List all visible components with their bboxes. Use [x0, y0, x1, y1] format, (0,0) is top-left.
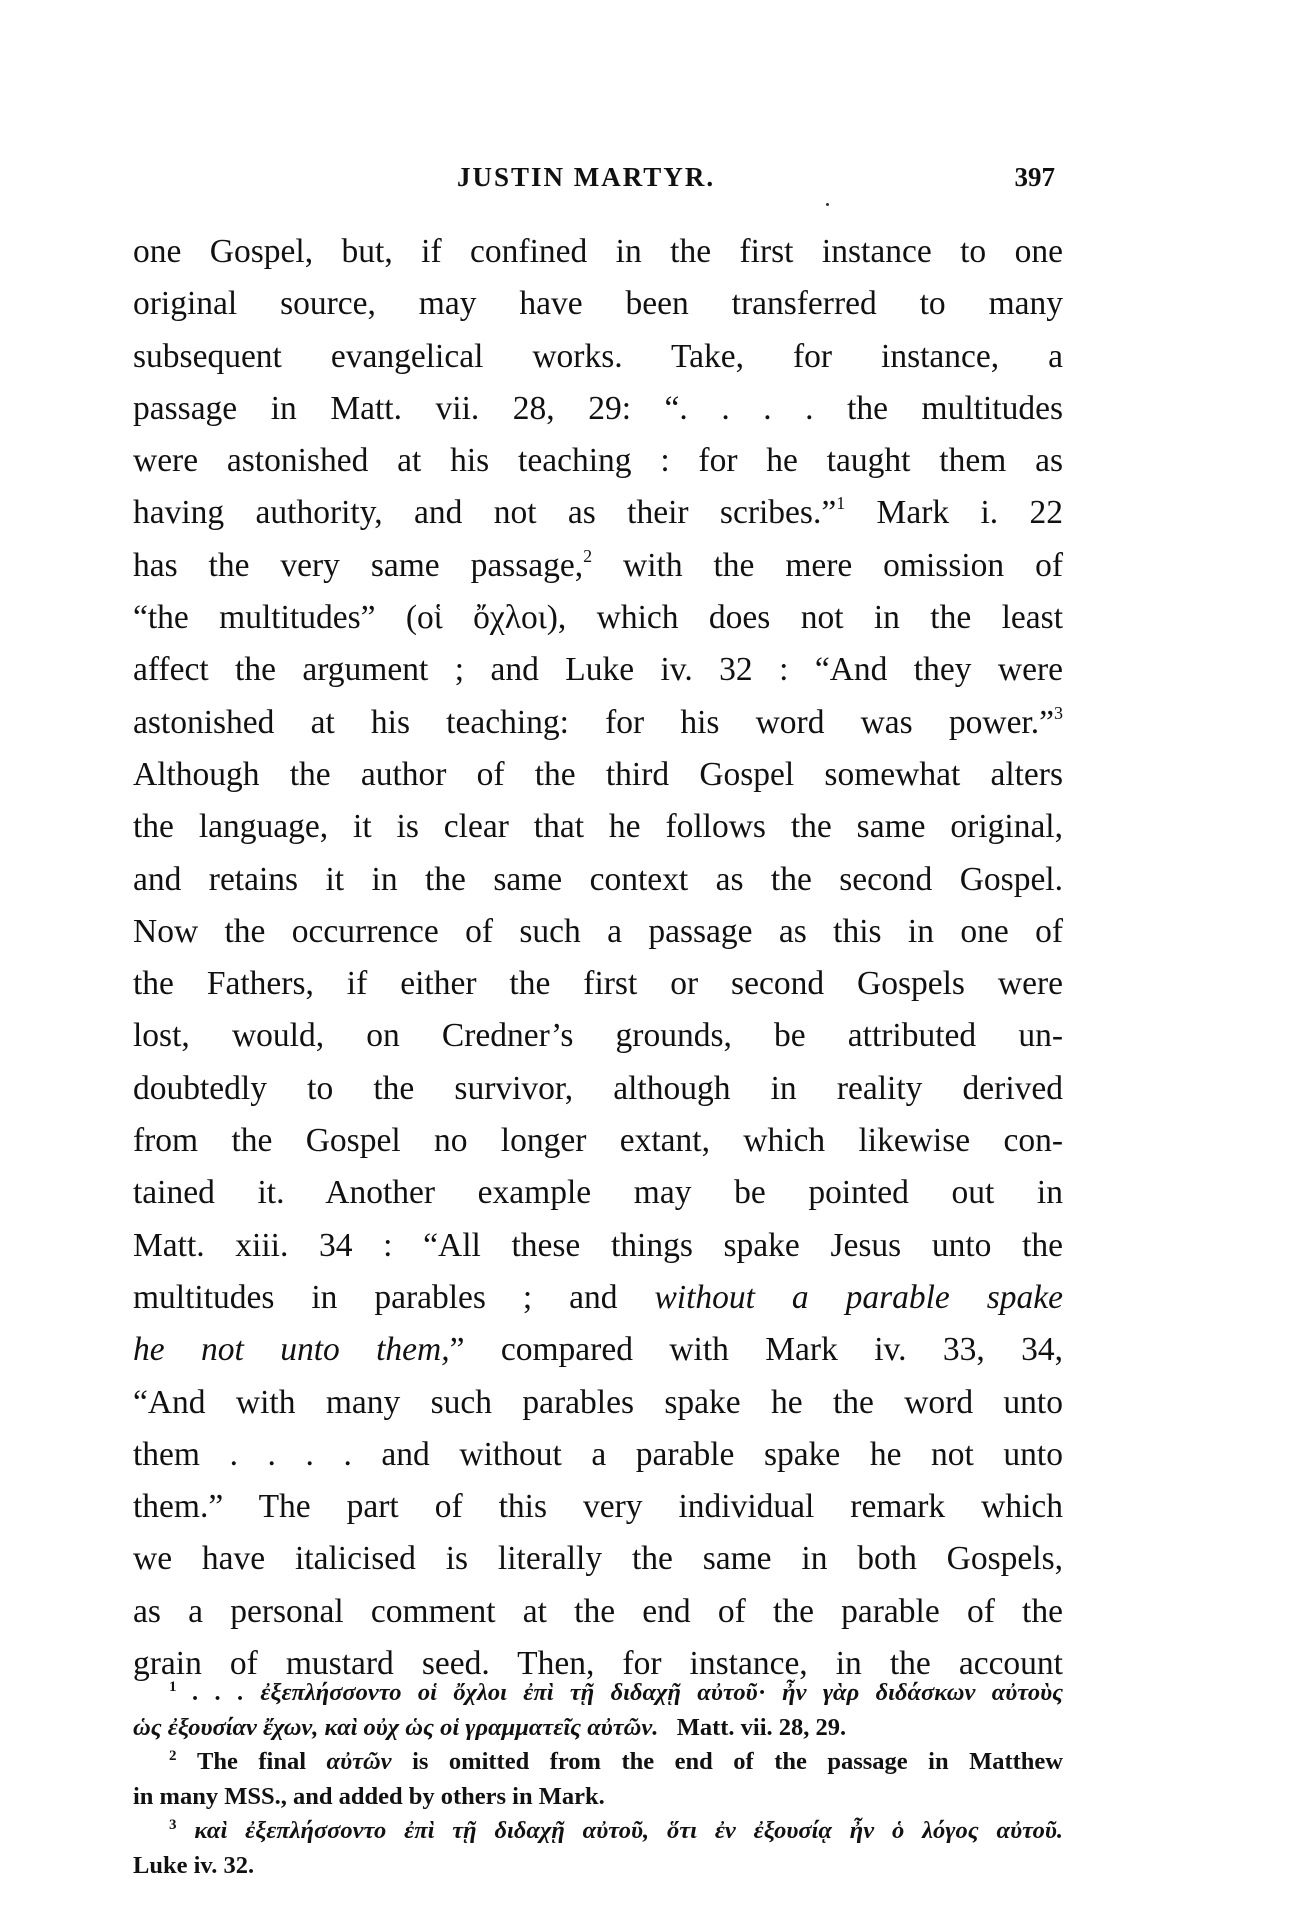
text-line: astonished at his teaching: for his word…: [133, 697, 1063, 749]
text-segment: having authority, and not as their scrib…: [133, 494, 836, 531]
footnote-ref-1[interactable]: 1: [836, 493, 845, 513]
footnote-text: The final: [197, 1748, 306, 1775]
text-line: the language, it is clear that he follow…: [133, 801, 1063, 853]
text-line: one Gospel, but, if confined in the firs…: [133, 226, 1063, 278]
text-line: them.” The part of this very individual …: [133, 1481, 1063, 1533]
footnote-1-cont: ὡς ἐξουσίαν ἔχων, καὶ οὐχ ὡς οἱ γραμματε…: [133, 1711, 1063, 1746]
book-page: JUSTIN MARTYR. 397 one Gospel, but, if c…: [0, 0, 1292, 1925]
footnote-mark: 3: [169, 1817, 177, 1833]
footnote-1: 1 . . . ἐξεπλήσσοντο οἱ ὄχλοι ἐπὶ τῇ διδ…: [133, 1676, 1063, 1711]
print-speck: [826, 203, 829, 206]
footnotes: 1 . . . ἐξεπλήσσοντο οἱ ὄχλοι ἐπὶ τῇ διδ…: [133, 1676, 1063, 1883]
text-line: Now the occurrence of such a passage as …: [133, 906, 1063, 958]
footnote-ref-2[interactable]: 2: [583, 546, 592, 566]
footnote-text: in many MSS., and added by others in Mar…: [133, 1783, 605, 1810]
text-line: “And with many such parables spake he th…: [133, 1377, 1063, 1429]
footnote-text: is omitted from the end of the passage i…: [412, 1748, 1063, 1775]
page-number: 397: [1015, 160, 1056, 194]
text-segment: multitudes in parables ; and: [133, 1279, 618, 1316]
text-line: having authority, and not as their scrib…: [133, 487, 1063, 539]
text-line: lost, would, on Credner’s grounds, be at…: [133, 1010, 1063, 1062]
greek-text: καὶ ἐξεπλήσσοντο ἐπὶ τῇ διδαχῇ αὐτοῦ, ὅτ…: [194, 1817, 1063, 1844]
text-segment: ” compared with Mark iv. 33, 34,: [450, 1331, 1063, 1368]
text-line: and retains it in the same context as th…: [133, 854, 1063, 906]
footnote-reference: Matt. vii. 28, 29.: [677, 1714, 846, 1741]
text-line: affect the argument ; and Luke iv. 32 : …: [133, 644, 1063, 696]
text-line: were astonished at his teaching : for he…: [133, 435, 1063, 487]
footnote-reference: Luke iv. 32.: [133, 1852, 254, 1879]
text-line: tained it. Another example may be pointe…: [133, 1167, 1063, 1219]
text-segment: with the mere omission of: [623, 547, 1063, 584]
text-line: has the very same passage,2 with the mer…: [133, 540, 1063, 592]
text-line: multitudes in parables ; and without a p…: [133, 1272, 1063, 1324]
running-title: JUSTIN MARTYR.: [457, 160, 715, 194]
text-line: the Fathers, if either the first or seco…: [133, 958, 1063, 1010]
footnote-mark: 1: [169, 1679, 177, 1695]
text-line: Although the author of the third Gospel …: [133, 749, 1063, 801]
text-line: we have italicised is literally the same…: [133, 1533, 1063, 1585]
running-head: JUSTIN MARTYR. 397: [133, 160, 1063, 194]
greek-text: αὐτῶν: [327, 1748, 392, 1775]
body-text: one Gospel, but, if confined in the firs…: [133, 226, 1063, 1690]
greek-text: ὡς ἐξουσίαν ἔχων, καὶ οὐχ ὡς οἱ γραμματε…: [133, 1714, 658, 1741]
text-segment: Mark i. 22: [877, 494, 1063, 531]
text-line: from the Gospel no longer extant, which …: [133, 1115, 1063, 1167]
text-line: subsequent evangelical works. Take, for …: [133, 331, 1063, 383]
footnote-ref-3[interactable]: 3: [1054, 703, 1063, 723]
text-line: passage in Matt. vii. 28, 29: “. . . . t…: [133, 383, 1063, 435]
greek-text: . . . ἐξεπλήσσοντο οἱ ὄχλοι ἐπὶ τῇ διδαχ…: [193, 1679, 1063, 1706]
italic-segment: without a parable spake: [654, 1279, 1063, 1316]
footnote-3-cont: Luke iv. 32.: [133, 1849, 1063, 1884]
italic-segment: he not unto them,: [133, 1331, 450, 1368]
footnote-2-cont: in many MSS., and added by others in Mar…: [133, 1780, 1063, 1815]
footnote-3: 3 καὶ ἐξεπλήσσοντο ἐπὶ τῇ διδαχῇ αὐτοῦ, …: [133, 1814, 1063, 1849]
text-line: original source, may have been transferr…: [133, 278, 1063, 330]
text-line: “the multitudes” (οἱ ὄχλοι), which does …: [133, 592, 1063, 644]
text-line: he not unto them,” compared with Mark iv…: [133, 1324, 1063, 1376]
footnote-mark: 2: [169, 1748, 177, 1764]
text-line: doubtedly to the survivor, although in r…: [133, 1063, 1063, 1115]
footnote-2: 2 The final αὐτῶν is omitted from the en…: [133, 1745, 1063, 1780]
text-line: as a personal comment at the end of the …: [133, 1586, 1063, 1638]
text-line: Matt. xiii. 34 : “All these things spake…: [133, 1220, 1063, 1272]
text-segment: has the very same passage,: [133, 547, 583, 584]
text-line: them . . . . and without a parable spake…: [133, 1429, 1063, 1481]
text-segment: astonished at his teaching: for his word…: [133, 704, 1054, 741]
